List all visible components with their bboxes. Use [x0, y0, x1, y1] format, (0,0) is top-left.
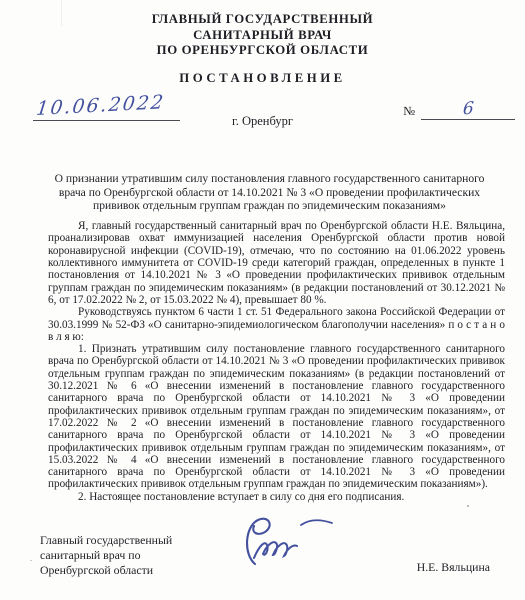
signer-position-line-2: санитарный врач по	[40, 548, 172, 563]
body-paragraph: 2. Настоящее постановление вступает в си…	[48, 491, 505, 503]
document-title: О признании утратившим силу постановлени…	[0, 172, 525, 213]
scan-artifact	[467, 505, 469, 507]
letterhead: ГЛАВНЫЙ ГОСУДАРСТВЕННЫЙ САНИТАРНЫЙ ВРАЧ …	[0, 0, 525, 59]
letterhead-line-3: ПО ОРЕНБУРГСКОЙ ОБЛАСТИ	[0, 43, 525, 59]
number-underline: 6	[421, 99, 515, 120]
body-paragraph: Я, главный государственный санитарный вр…	[48, 220, 505, 306]
body-paragraph: 1. Признать утратившим силу постановлени…	[48, 343, 505, 491]
letterhead-line-1: ГЛАВНЫЙ ГОСУДАРСТВЕННЫЙ	[0, 12, 525, 28]
handwritten-signature	[235, 512, 355, 574]
number-group: № 6	[403, 99, 515, 121]
letterhead-line-2: САНИТАРНЫЙ ВРАЧ	[0, 28, 525, 44]
signer-position: Главный государственный санитарный врач …	[40, 533, 172, 579]
body-paragraph: Руководствуясь пунктом 6 части 1 ст. 51 …	[48, 306, 505, 343]
signature-block: Главный государственный санитарный врач …	[0, 530, 525, 592]
scan-artifact	[61, 0, 62, 26]
signer-name: Н.Е. Вяльцина	[417, 560, 490, 575]
date-underline: 10.06.2022	[33, 98, 180, 121]
handwritten-date: 10.06.2022	[35, 91, 166, 120]
signer-position-line-3: Оренбургской области	[40, 563, 172, 578]
number-sign-label: №	[403, 104, 415, 120]
handwritten-number: 6	[462, 98, 474, 119]
document-type-heading: ПОСТАНОВЛЕНИЕ	[0, 71, 525, 86]
document-body: Я, главный государственный санитарный вр…	[0, 220, 525, 503]
scanned-decree-page: ГЛАВНЫЙ ГОСУДАРСТВЕННЫЙ САНИТАРНЫЙ ВРАЧ …	[0, 0, 525, 600]
signer-position-line-1: Главный государственный	[40, 533, 172, 548]
